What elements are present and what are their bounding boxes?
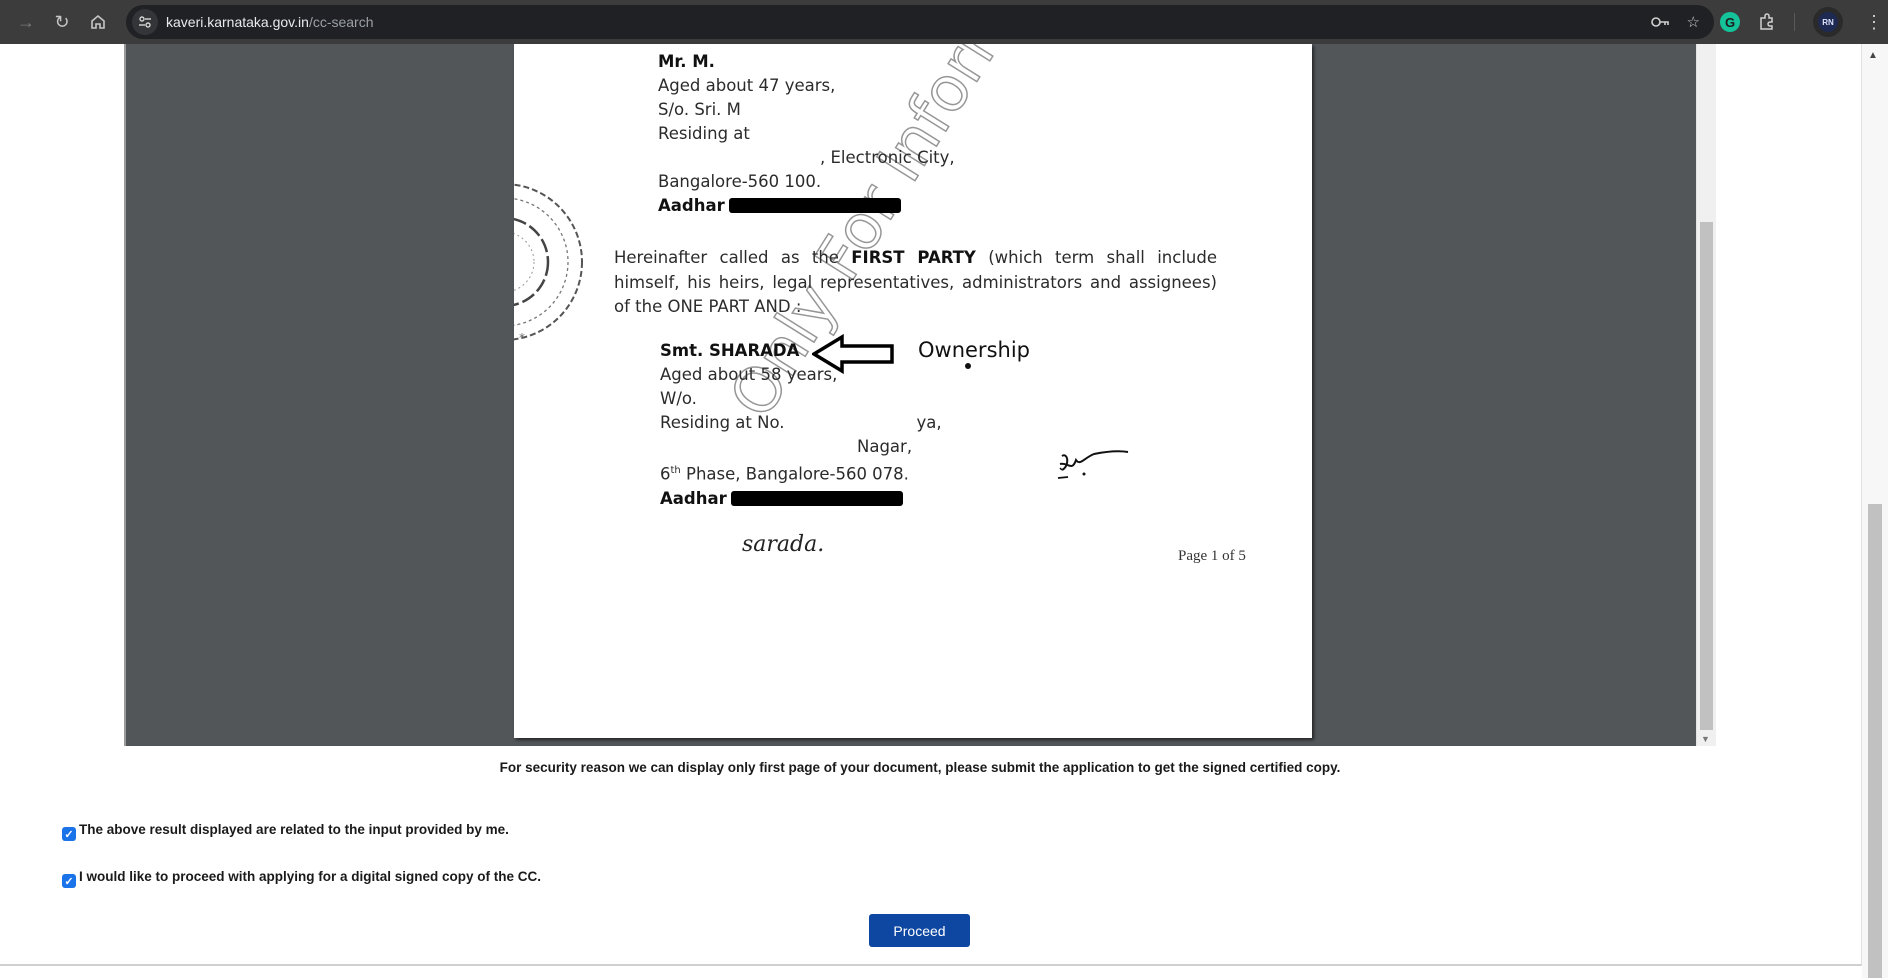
second-party-name: Smt. SHARADA — [660, 339, 942, 363]
page-content: * Only For Information Mr. M. Aged about… — [0, 44, 1888, 978]
page-scrollbar[interactable]: ▲ — [1862, 44, 1888, 978]
signature-text: sarada. — [742, 532, 824, 557]
first-party-clause: Hereinafter called as the FIRST PARTY (w… — [614, 246, 1217, 320]
url-path: /cc-search — [309, 14, 374, 30]
viewer-scrollbar[interactable]: ▼ — [1696, 44, 1716, 746]
redaction-bar — [731, 491, 903, 506]
proceed-button[interactable]: Proceed — [869, 914, 970, 947]
arrow-left-icon — [812, 334, 896, 374]
first-party-name: Mr. M. — [658, 50, 955, 74]
avatar-icon: RN — [1818, 12, 1838, 32]
first-party-address2: Bangalore-560 100. — [658, 170, 955, 194]
digital-copy-checkbox[interactable]: ✓ I would like to proceed with applying … — [62, 869, 541, 888]
address-bar[interactable]: kaveri.karnataka.gov.in/cc-search ☆ — [126, 5, 1714, 39]
more-vert-icon[interactable]: ⋮ — [1865, 12, 1883, 33]
second-party-block: Smt. SHARADA Aged about 58 years, W/o. R… — [660, 339, 942, 511]
pdf-page: * Only For Information Mr. M. Aged about… — [514, 44, 1312, 738]
second-party-address1: Nagar, — [660, 435, 942, 459]
browser-toolbar: → ↻ kaveri.karnataka.gov.in/cc-search ☆ … — [0, 0, 1888, 44]
star-icon[interactable]: ☆ — [1687, 13, 1700, 31]
checkbox-checked-icon[interactable]: ✓ — [62, 827, 76, 841]
clause-pre: Hereinafter called as the — [614, 248, 851, 267]
annotation-dot — [965, 363, 971, 369]
scroll-up-icon[interactable]: ▲ — [1868, 50, 1878, 61]
second-party-address2: Phase, Bangalore-560 078. — [681, 465, 909, 484]
second-party-aadhar-label: Aadhar — [660, 489, 727, 508]
first-party-aadhar-label: Aadhar — [658, 196, 725, 215]
signature-mark-icon — [1054, 444, 1134, 494]
first-party-age: Aged about 47 years, — [658, 74, 955, 98]
checkbox-checked-icon[interactable]: ✓ — [62, 874, 76, 888]
arrow-right-icon: → — [17, 12, 35, 33]
ownership-annotation: Ownership — [918, 338, 1030, 362]
first-party-relation: S/o. Sri. M — [658, 98, 955, 122]
checkbox-label: The above result displayed are related t… — [79, 822, 509, 837]
key-icon[interactable] — [1651, 16, 1669, 28]
first-party-block: Mr. M. Aged about 47 years, S/o. Sri. M … — [658, 50, 955, 218]
toolbar-separator — [1794, 13, 1795, 31]
pdf-viewer: * Only For Information Mr. M. Aged about… — [124, 44, 1696, 746]
forward-button[interactable]: → — [10, 6, 42, 38]
url-text[interactable]: kaveri.karnataka.gov.in/cc-search — [166, 14, 374, 30]
grammarly-icon[interactable]: G — [1720, 12, 1740, 32]
checkbox-label: I would like to proceed with applying fo… — [79, 869, 541, 884]
viewer-scrollbar-thumb[interactable] — [1700, 222, 1713, 730]
tune-icon — [138, 15, 152, 29]
puzzle-icon[interactable] — [1758, 13, 1776, 31]
second-party-residing-tail: ya, — [785, 413, 942, 432]
grammarly-label: G — [1725, 15, 1735, 30]
second-party-age: Aged about 58 years, — [660, 363, 942, 387]
clause-bold: FIRST PARTY — [851, 248, 976, 267]
scroll-down-icon[interactable]: ▼ — [1701, 734, 1710, 744]
first-party-residing: Residing at — [658, 122, 955, 146]
page-scrollbar-thumb[interactable] — [1868, 504, 1882, 978]
reload-icon: ↻ — [54, 12, 69, 33]
page-number: Page 1 of 5 — [1178, 548, 1246, 565]
first-party-address1: , Electronic City, — [658, 146, 955, 170]
stamp-seal-icon: * — [514, 172, 594, 352]
phase-suffix: th — [671, 465, 681, 476]
site-info-button[interactable] — [132, 9, 158, 35]
confirm-input-checkbox[interactable]: ✓ The above result displayed are related… — [62, 822, 509, 841]
phase-number: 6 — [660, 465, 671, 484]
security-notice: For security reason we can display only … — [0, 760, 1840, 775]
reload-button[interactable]: ↻ — [46, 6, 78, 38]
url-host: kaveri.karnataka.gov.in — [166, 14, 309, 30]
second-party-relation: W/o. — [660, 387, 942, 411]
home-button[interactable] — [82, 6, 114, 38]
profile-button[interactable]: RN — [1813, 7, 1843, 37]
redaction-bar — [729, 198, 901, 213]
svg-text:*: * — [519, 331, 525, 345]
home-icon — [90, 14, 106, 30]
second-party-residing: Residing at No. — [660, 413, 785, 432]
